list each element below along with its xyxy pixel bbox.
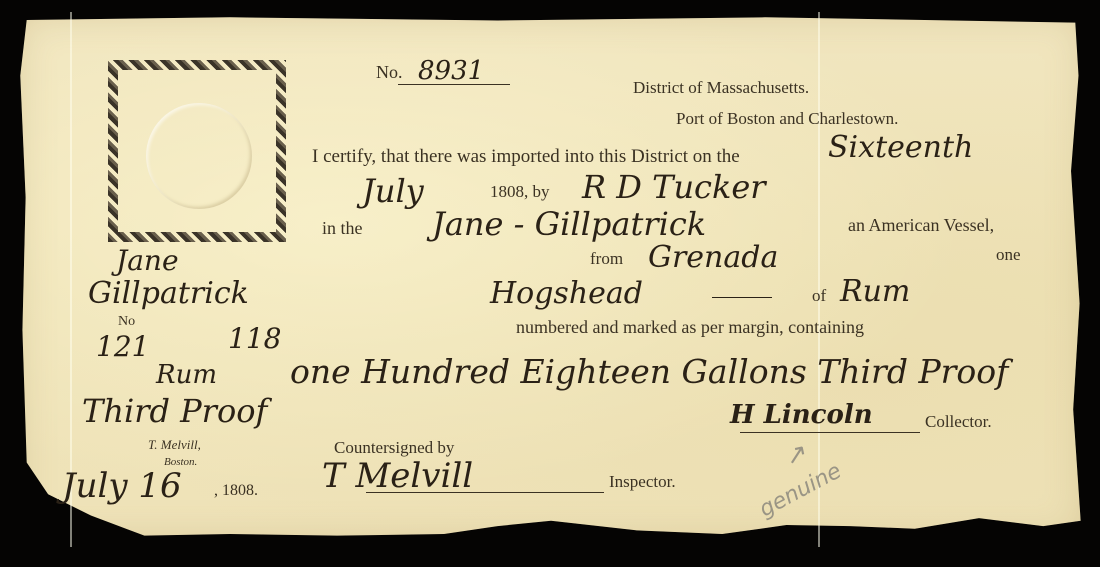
contents-description: one Hundred Eighteen Gallons Third Proof [290, 352, 1008, 391]
underline [398, 84, 510, 85]
year-by-text: 1808, by [490, 182, 550, 202]
commodity: Rum [840, 274, 910, 309]
collector-label: Collector. [925, 412, 992, 432]
collector-signature: H Lincoln [730, 400, 873, 430]
import-month: July [362, 172, 424, 210]
embossed-seal-icon [146, 103, 252, 209]
signature-line [740, 432, 920, 433]
printer-name: T. Melvill, [148, 437, 201, 453]
from-label: from [590, 249, 623, 269]
port-title: Port of Boston and Charlestown. [676, 109, 898, 129]
importer-name: R D Tucker [582, 168, 766, 206]
certificate-number-label: No. [376, 62, 403, 83]
vessel-name: Jane - Gillpatrick [432, 205, 706, 243]
certify-text: I certify, that there was imported into … [312, 146, 740, 168]
import-day: Sixteenth [828, 130, 973, 165]
margin-vessel-line2: Gillpatrick [88, 276, 249, 311]
origin-port: Grenada [648, 240, 778, 275]
margin-number-value: 121 [96, 330, 149, 363]
inspector-signature: T Melvill [322, 456, 473, 496]
vessel-type-text: an American Vessel, [848, 215, 994, 236]
numbered-text: numbered and marked as per margin, conta… [516, 317, 864, 338]
countersigned-label: Countersigned by [334, 438, 454, 458]
margin-commodity: Rum [156, 360, 217, 390]
in-the-text: in the [322, 218, 363, 239]
certificate-number-value: 8931 [418, 56, 484, 86]
container-type: Hogshead [490, 276, 643, 311]
of-label: of [812, 286, 826, 306]
margin-number-label: No [118, 314, 135, 330]
quantity-word: one [996, 245, 1021, 265]
margin-gallons: 118 [228, 322, 281, 355]
district-title: District of Massachusetts. [633, 78, 809, 98]
margin-date: July 16 [62, 466, 182, 506]
margin-vessel-line1: Jane [116, 244, 179, 277]
signature-line [366, 492, 604, 493]
margin-year: , 1808. [214, 482, 258, 500]
margin-proof: Third Proof [82, 392, 267, 430]
dash-mark [712, 297, 772, 298]
inspector-label: Inspector. [609, 472, 676, 492]
